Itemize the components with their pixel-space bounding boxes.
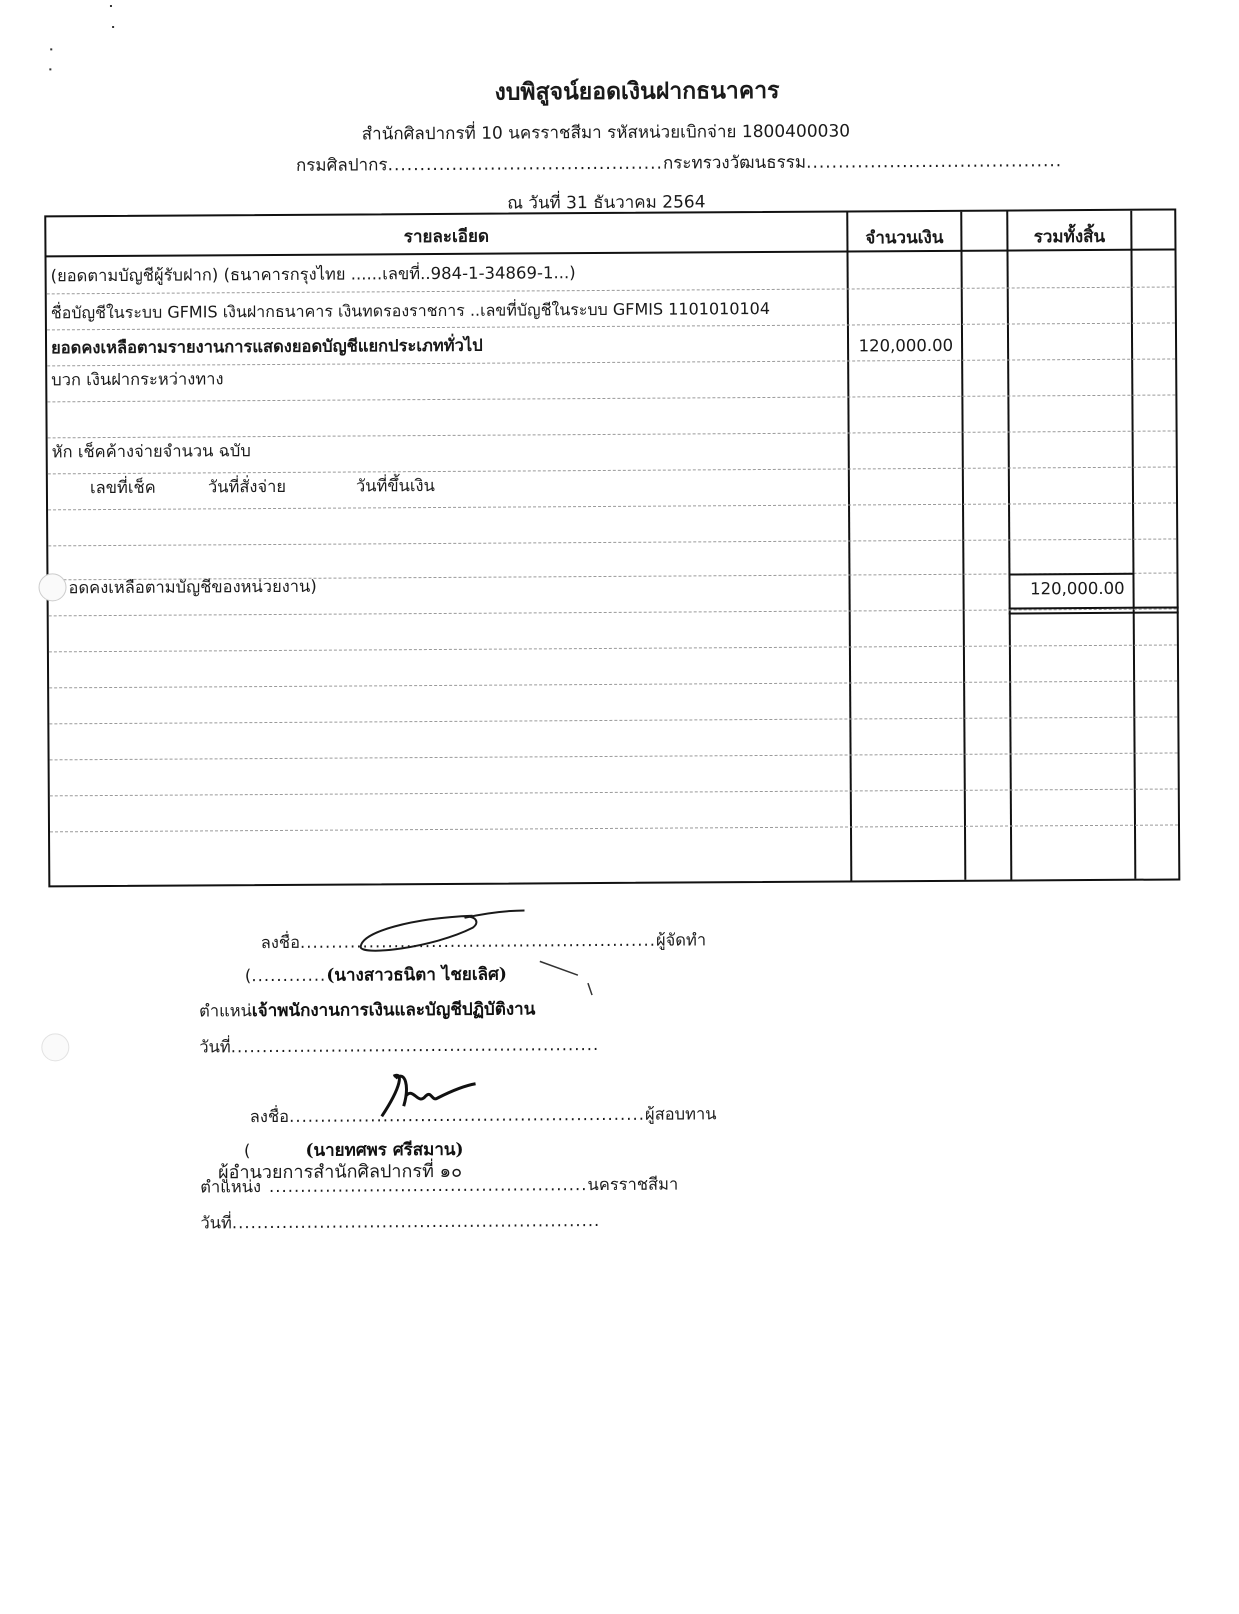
reviewer-sign-label: ลงชื่อ [250, 1107, 289, 1126]
row-less-outstanding-cheques: หัก เช็คค้างจ่ายจำนวน ฉบับ [52, 438, 251, 465]
cheque-cash-date-label: วันที่ขึ้นเงิน [356, 473, 435, 499]
reviewer-sign-dots: ........................................… [289, 1105, 645, 1126]
row-agency-balance: อดคงเหลือตามบัญชีของหน่วยงาน) [68, 574, 316, 602]
cheque-number-label: เลขที่เช็ค [90, 475, 156, 501]
preparer-name-dots: ............ [251, 966, 326, 985]
cheque-order-date-label: วันที่สั่งจ่าย [208, 474, 286, 500]
row-divider [50, 752, 1178, 760]
ministry-label: กระทรวงวัฒนธรรม [663, 153, 806, 174]
preparer-position-line: ตำแหน่เจ้าพนักงานการเงินและบัญชีปฏิบัติง… [199, 995, 535, 1024]
reviewer-position-line: ตำแหน่ง.................................… [200, 1172, 678, 1201]
reconciliation-table: รายละเอียด จำนวนเงิน รวมทั้งสิ้น (ยอดตาม… [44, 208, 1180, 887]
row-gfmis-account: ชื่อบัญชีในระบบ GFMIS เงินฝากธนาคาร เงิน… [51, 297, 770, 326]
department-ministry-line: กรมศิลปากร..............................… [296, 147, 1062, 179]
scan-speck [112, 26, 114, 28]
department-label: กรมศิลปากร [296, 155, 388, 176]
reviewer-position-suffix: นครราชสีมา [587, 1175, 678, 1195]
pen-mark-icon [538, 955, 598, 1000]
preparer-date-line: วันที่..................................… [199, 1032, 599, 1060]
scan-speck [50, 48, 52, 50]
row-agency-balance-total: 120,000.00 [1010, 579, 1124, 599]
row-divider [50, 824, 1178, 832]
row-divider [48, 538, 1176, 546]
header-amount: จำนวนเงิน [848, 224, 960, 252]
col-divider [1130, 211, 1136, 879]
preparer-name: (นางสาวธนิตา ไชยเลิศ) [326, 965, 507, 986]
scan-speck [110, 5, 112, 7]
row-add-deposits-in-transit: บวก เงินฝากระหว่างทาง [51, 366, 223, 393]
row-gl-balance: ยอดคงเหลือตามรายงานการแสดงยอดบัญชีแยกประ… [51, 333, 483, 362]
scan-speck [49, 68, 51, 70]
preparer-role: ผู้จัดทำ [656, 930, 706, 949]
header-total: รวมทั้งสิ้น [1008, 223, 1130, 251]
preparer-position-label: ตำแหน่ [199, 1001, 252, 1020]
office-line: สำนักศิลปากรที่ 10 นครราชสีมา รหัสหน่วยเ… [362, 117, 850, 147]
reviewer-date-label: วันที่ [200, 1213, 232, 1232]
ministry-dots: ........................................ [806, 151, 1062, 173]
reviewer-role: ผู้สอบทาน [645, 1104, 717, 1123]
document-title: งบพิสูจน์ยอดเงินฝากธนาคาร [0, 70, 1237, 114]
header-details: รายละเอียด [46, 220, 846, 252]
reviewer-date-line: วันที่..................................… [200, 1208, 600, 1236]
reviewer-position-dots: ........................................… [269, 1175, 588, 1196]
row-divider [50, 788, 1178, 796]
reviewer-date-dots: ........................................… [232, 1211, 601, 1232]
preparer-name-line: (............(นางสาวธนิตา ไชยเลิศ) [245, 961, 507, 990]
row-divider [49, 644, 1177, 652]
row-divider [48, 466, 1176, 474]
document-title-text: งบพิสูจน์ยอดเงินฝากธนาคาร [494, 73, 779, 111]
row-bank-account: (ยอดตามบัญชีผู้รับฝาก) (ธนาคารกรุงไทย ..… [51, 260, 576, 289]
col-divider [960, 212, 966, 880]
row-divider [47, 394, 1175, 402]
reviewer-sign-line: ลงชื่อ..................................… [250, 1101, 717, 1130]
col-divider [846, 212, 852, 880]
row-divider [48, 502, 1176, 510]
row-gl-balance-amount: 120,000.00 [849, 336, 953, 356]
col-divider [1006, 212, 1012, 880]
preparer-signature-icon [352, 905, 532, 956]
row-divider [49, 716, 1177, 724]
preparer-date-dots: ........................................… [231, 1035, 600, 1056]
preparer-date-label: วันที่ [199, 1037, 231, 1056]
punch-hole [41, 1033, 69, 1061]
document-page: งบพิสูจน์ยอดเงินฝากธนาคาร สำนักศิลปากรที… [0, 0, 1239, 1614]
department-dots: ........................................… [387, 154, 662, 176]
row-divider [49, 608, 1177, 616]
preparer-position: เจ้าพนักงานการเงินและบัญชีปฏิบัติงาน [252, 999, 536, 1021]
total-box-bottom-double [1009, 606, 1179, 614]
row-divider [49, 680, 1177, 688]
punch-hole [38, 573, 66, 601]
row-divider [48, 430, 1176, 438]
preparer-sign-label: ลงชื่อ [261, 933, 300, 952]
total-box-top [1008, 573, 1134, 576]
reviewer-position-label: ตำแหน่ง [200, 1177, 261, 1196]
